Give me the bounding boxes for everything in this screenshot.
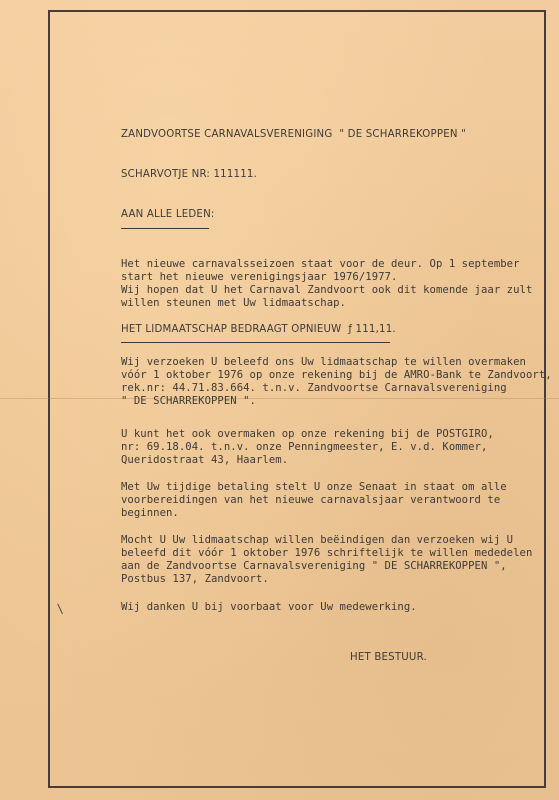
paragraph-line: beginnen. xyxy=(121,507,179,520)
paragraph-line: vóór 1 oktober 1976 op onze rekening bij… xyxy=(121,369,552,382)
paragraph-line: U kunt het ook overmaken op onze rekenin… xyxy=(121,428,494,441)
salutation-underline xyxy=(121,228,209,230)
paragraph-line: nr: 69.18.04. t.n.v. onze Penningmeester… xyxy=(121,441,487,454)
membership-fee: HET LIDMAATSCHAP BEDRAAGT OPNIEUW ƒ 111,… xyxy=(121,323,396,336)
paragraph-line: Postbus 137, Zandvoort. xyxy=(121,573,269,586)
paper-fold-line xyxy=(0,398,559,399)
organization-heading: ZANDVOORTSE CARNAVALSVERENIGING " DE SCH… xyxy=(121,128,466,141)
fee-underline xyxy=(121,342,390,344)
salutation: AAN ALLE LEDEN: xyxy=(121,208,215,221)
paragraph-line: Mocht U Uw lidmaatschap willen beëindige… xyxy=(121,534,513,547)
member-number: SCHARVOTJE NR: 111111. xyxy=(121,168,257,181)
paragraph-line: voorbereidingen van het nieuwe carnavals… xyxy=(121,494,500,507)
paragraph-line: Queridostraat 43, Haarlem. xyxy=(121,454,288,467)
paragraph-line: Wij verzoeken U beleefd ons Uw lidmaatsc… xyxy=(121,356,526,369)
paragraph-line: start het nieuwe verenigingsjaar 1976/19… xyxy=(121,271,397,284)
paragraph-line: Het nieuwe carnavalsseizoen staat voor d… xyxy=(121,258,520,271)
paragraph-line: Met Uw tijdige betaling stelt U onze Sen… xyxy=(121,481,507,494)
paragraph-line: willen steunen met Uw lidmaatschap. xyxy=(121,297,346,310)
paragraph-line: rek.nr: 44.71.83.664. t.n.v. Zandvoortse… xyxy=(121,382,507,395)
paragraph-line: beleefd dit vóór 1 oktober 1976 schrifte… xyxy=(121,547,532,560)
paragraph-line: " DE SCHARREKOPPEN ". xyxy=(121,395,256,408)
closing-line: Wij danken U bij voorbaat voor Uw medewe… xyxy=(121,601,417,614)
paragraph-line: Wij hopen dat U het Carnaval Zandvoort o… xyxy=(121,284,532,297)
paragraph-line: aan de Zandvoortse Carnavalsvereniging "… xyxy=(121,560,507,573)
signature: HET BESTUUR. xyxy=(350,651,427,664)
